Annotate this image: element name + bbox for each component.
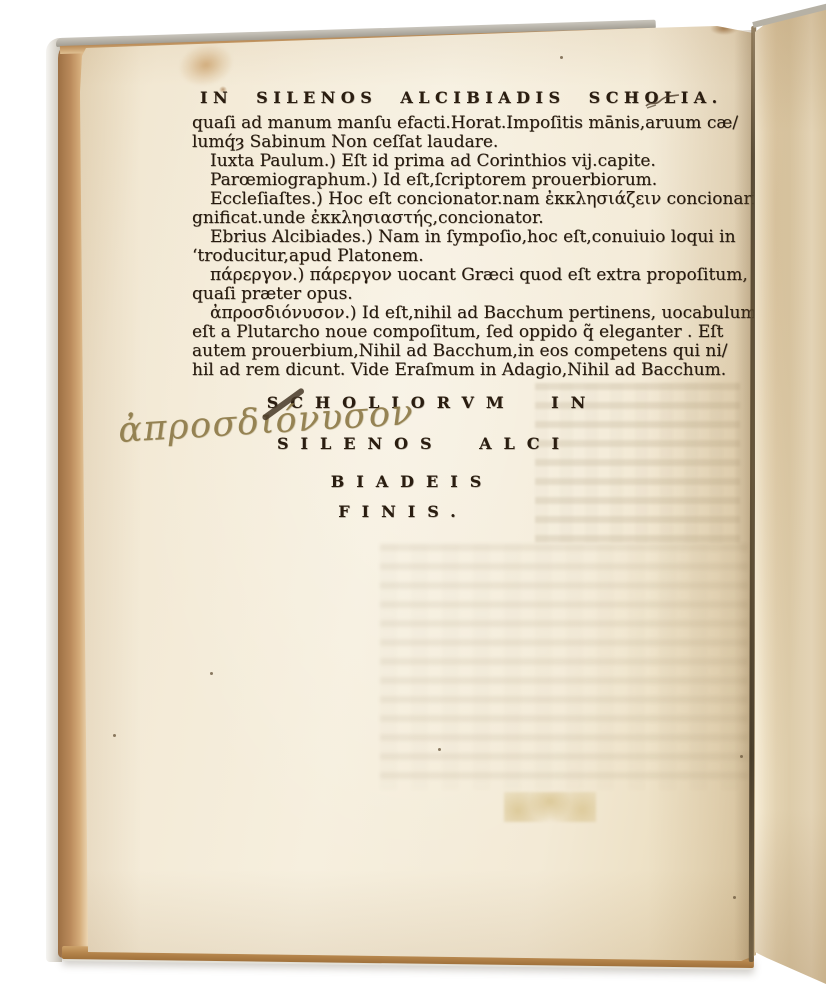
pen-mark-squiggle xyxy=(644,92,682,110)
body-line: Ebrius Alcibiades.) Nam in ſympoſio,hoc … xyxy=(210,228,770,247)
ink-speck xyxy=(210,672,213,675)
body-line: Parœmiographum.) Id eſt,ſcriptorem proue… xyxy=(210,171,770,190)
body-line: Iuxta Paulum.) Eſt id prima ad Corinthio… xyxy=(210,152,770,171)
ink-speck xyxy=(113,734,116,737)
body-line: gnificat.unde ἐκκλησιαστής,concionator. xyxy=(192,209,752,228)
colophon-line: FINIS. xyxy=(65,502,741,521)
foxing-stain-bottom xyxy=(504,792,596,822)
body-line: quaſi ad manum manſu efacti.Horat.Impoſi… xyxy=(192,114,752,133)
body-line: lumq́ȝ Sabinum Non ceſſat laudare. xyxy=(192,133,752,152)
body-line: ἀπροσδιόνυσον.) Id eſt,nihil ad Bacchum … xyxy=(210,304,770,323)
body-line: eſt a Plutarcho noue compoſitum, ſed opp… xyxy=(192,323,752,342)
body-line: hil ad rem dicunt. Vide Eraſmum in Adagi… xyxy=(192,361,752,380)
ink-speck xyxy=(438,748,441,751)
book-page-recto: IN SILENOS ALCIBIADIS SCHOLIA. quaſi ad … xyxy=(80,20,756,964)
verso-shading xyxy=(753,6,826,984)
body-line: πάρεργον.) πάρεργον uocant Græci quod eſ… xyxy=(210,266,770,285)
colophon-line: BIADEIS xyxy=(74,472,750,491)
book-photograph: IN SILENOS ALCIBIADIS SCHOLIA. quaſi ad … xyxy=(0,0,826,1000)
body-line: autem prouerbium,Nihil ad Bacchum,in eos… xyxy=(192,342,752,361)
body-line: ‘troducitur,apud Platonem. xyxy=(192,247,752,266)
body-line: quaſi præter opus. xyxy=(192,285,752,304)
showthrough-text-lower xyxy=(380,544,748,790)
book-page-verso xyxy=(753,6,826,984)
ink-speck xyxy=(560,56,563,59)
body-line: Eccleſiaſtes.) Hoc eſt concionator.nam ἐ… xyxy=(210,190,770,209)
